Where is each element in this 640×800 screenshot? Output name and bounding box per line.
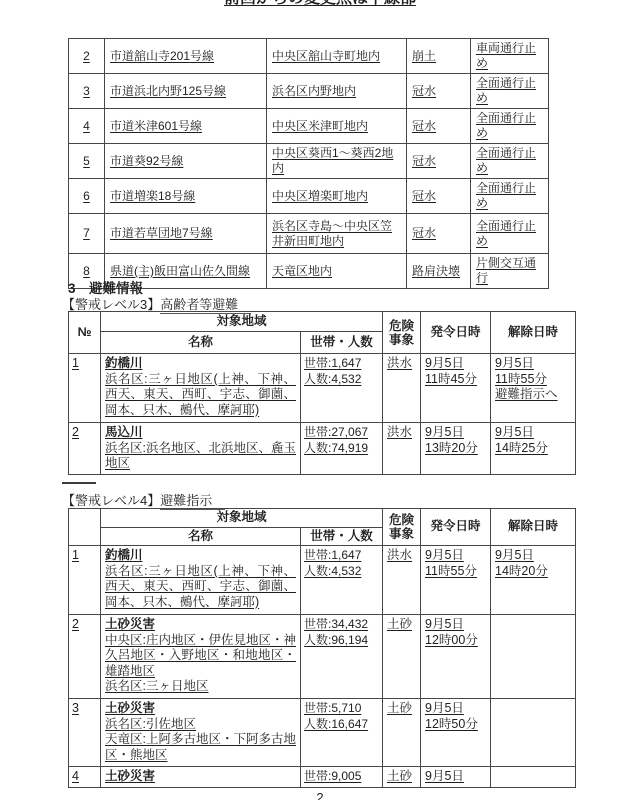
issued-cell: 9月5日 13時20分: [421, 423, 491, 475]
row-number-text: 1: [72, 356, 79, 370]
header-row: № 対象地域 危険 事象 発令日時 解除日時: [69, 312, 576, 332]
row-number-text: 2: [72, 617, 79, 631]
cause-cell: 路肩決壊: [407, 254, 471, 289]
road-name-text: 市道米津601号線: [110, 119, 202, 133]
page-number-clipped: 2: [0, 789, 640, 800]
restriction-cell: 全面通行止め: [471, 144, 549, 179]
disaster-type: 土砂災害: [105, 769, 296, 785]
road-name-cell: 市道増楽18号線: [105, 179, 267, 214]
households-cell: 世帯:5,710 人数:16,647: [301, 699, 383, 767]
location-text: 浜名区寺島〜中央区笠井新田町地内: [272, 219, 392, 248]
road-name-text: 市道増楽18号線: [110, 189, 195, 203]
river-name: 馬込川: [105, 425, 296, 441]
road-name-cell: 市道舘山寺201号線: [105, 39, 267, 74]
area-name-cell: 釣橋川 浜名区:三ヶ日地区(上神、下神、西天、東天、西町、宇志、御薗、岡本、只木…: [101, 354, 301, 423]
lifted-cell: 9月5日 14時25分: [491, 423, 576, 475]
header-name: 名称: [101, 332, 301, 354]
restriction-text: 全面通行止め: [476, 181, 536, 210]
row-number-text: 7: [83, 226, 90, 240]
lifted-text: 9月5日 14時25分: [495, 425, 548, 455]
row-number: 4: [69, 109, 105, 144]
row-number: 2: [69, 39, 105, 74]
table-row: 3 土砂災害 浜名区:引佐地区 天竜区:上阿多古地区・下阿多古地区・熊地区 世帯…: [69, 699, 576, 767]
location-cell: 天竜区地内: [267, 254, 407, 289]
row-number-text: 4: [83, 119, 90, 133]
hazard-text: 洪水: [387, 356, 412, 370]
header-no: [69, 509, 101, 546]
location-text: 中央区舘山寺町地内: [272, 49, 380, 63]
cause-cell: 崩土: [407, 39, 471, 74]
table-row: 2 市道舘山寺201号線 中央区舘山寺町地内 崩土 車両通行止め: [69, 39, 549, 74]
row-number: 1: [69, 354, 101, 423]
header-households: 世帯・人数: [301, 332, 383, 354]
restriction-text: 全面通行止め: [476, 76, 536, 105]
households-cell: 世帯:1,647 人数:4,532: [301, 354, 383, 423]
households-cell: 世帯:27,067 人数:74,919: [301, 423, 383, 475]
persons-text: 人数:96,194: [304, 633, 381, 649]
header-name: 名称: [101, 527, 301, 546]
table-row: 3 市道浜北内野125号線 浜名区内野地内 冠水 全面通行止め: [69, 74, 549, 109]
issued-cell: 9月5日 12時00分: [421, 615, 491, 699]
restriction-text: 車両通行止め: [476, 41, 536, 70]
page-number: 2: [316, 790, 323, 800]
location-text: 中央区米津町地内: [272, 119, 368, 133]
area-detail: 浜名区:三ヶ日地区(上神、下神、西天、東天、西町、宇志、御薗、岡本、只木、鵺代、…: [105, 564, 296, 611]
lifted-cell: [491, 699, 576, 767]
header-no: №: [69, 312, 101, 354]
area-detail: 浜名区:浜名地区、北浜地区、麁玉地区: [105, 441, 296, 472]
lifted-text: 9月5日 14時20分: [495, 548, 548, 578]
cause-text: 冠水: [412, 154, 436, 168]
level3-evacuation-table: № 対象地域 危険 事象 発令日時 解除日時 名称 世帯・人数 1 釣橋川 浜名…: [68, 311, 576, 475]
issued-cell: 9月5日 11時45分: [421, 354, 491, 423]
document-page: 前回からの変更点は下線部 2 市道舘山寺201号線 中央区舘山寺町地内 崩土 車…: [0, 0, 640, 800]
area-name-cell: 土砂災害 中央区:庄内地区・伊佐見地区・神久呂地区・入野地区・和地地区・雄踏地区…: [101, 615, 301, 699]
hazard-cell: 洪水: [383, 423, 421, 475]
cause-cell: 冠水: [407, 74, 471, 109]
hazard-cell: 洪水: [383, 546, 421, 615]
households-text: 世帯:27,067: [304, 425, 381, 441]
table-row: 1 釣橋川 浜名区:三ヶ日地区(上神、下神、西天、東天、西町、宇志、御薗、岡本、…: [69, 546, 576, 615]
location-cell: 中央区舘山寺町地内: [267, 39, 407, 74]
blank-underline-mark: [62, 482, 96, 484]
issued-text: 9月5日 12時00分: [425, 617, 478, 647]
area-name-cell: 馬込川 浜名区:浜名地区、北浜地区、麁玉地区: [101, 423, 301, 475]
row-number: 1: [69, 546, 101, 615]
restriction-cell: 全面通行止め: [471, 179, 549, 214]
persons-text: 人数:16,647: [304, 717, 381, 733]
households-cell: 世帯:9,005: [301, 767, 383, 788]
cause-cell: 冠水: [407, 109, 471, 144]
lifted-cell: 9月5日 14時20分: [491, 546, 576, 615]
cause-text: 崩土: [412, 49, 436, 63]
restriction-text: 片側交互通行: [476, 256, 536, 285]
row-number-text: 2: [83, 49, 90, 63]
area-detail: 中央区:庄内地区・伊佐見地区・神久呂地区・入野地区・和地地区・雄踏地区 浜名区:…: [105, 633, 296, 695]
row-number-text: 8: [83, 264, 90, 278]
hazard-cell: 洪水: [383, 354, 421, 423]
restriction-text: 全面通行止め: [476, 146, 536, 175]
table-row: 4 土砂災害 世帯:9,005 土砂 9月5日: [69, 767, 576, 788]
location-cell: 中央区増楽町地内: [267, 179, 407, 214]
households-text: 世帯:34,432: [304, 617, 381, 633]
row-number: 6: [69, 179, 105, 214]
restriction-cell: 全面通行止め: [471, 74, 549, 109]
households-text: 世帯:5,710: [304, 701, 381, 717]
level4-label: 【警戒レベル4】避難指示: [62, 490, 225, 509]
road-name-cell: 市道米津601号線: [105, 109, 267, 144]
row-number: 7: [69, 214, 105, 254]
hazard-text: 土砂: [387, 769, 412, 783]
issued-text: 9月5日 13時20分: [425, 425, 478, 455]
level4-label-prefix: 【警戒レベル4】: [62, 493, 160, 508]
header-lifted: 解除日時: [491, 312, 576, 354]
lifted-cell: 9月5日 11時55分 避難指示へ: [491, 354, 576, 423]
road-name-cell: 市道若草団地7号線: [105, 214, 267, 254]
area-detail: 浜名区:三ヶ日地区(上神、下神、西天、東天、西町、宇志、御薗、岡本、只木、鵺代、…: [105, 372, 296, 419]
households-text: 世帯:1,647: [304, 548, 381, 564]
row-number: 4: [69, 767, 101, 788]
issued-text: 9月5日 12時50分: [425, 701, 478, 731]
disaster-type: 土砂災害: [105, 701, 296, 717]
hazard-cell: 土砂: [383, 767, 421, 788]
cause-text: 冠水: [412, 189, 436, 203]
hazard-cell: 土砂: [383, 699, 421, 767]
households-text: 世帯:1,647: [304, 356, 381, 372]
level4-evacuation-table: 対象地域 危険 事象 発令日時 解除日時 名称 世帯・人数 1 釣橋川 浜名区:…: [68, 508, 576, 788]
level3-label-prefix: 【警戒レベル3】: [62, 297, 160, 312]
cause-cell: 冠水: [407, 214, 471, 254]
road-name-text: 県道(主)飯田富山佐久間線: [110, 264, 250, 278]
row-number: 3: [69, 74, 105, 109]
households-cell: 世帯:1,647 人数:4,532: [301, 546, 383, 615]
location-cell: 中央区葵西1〜葵西2地内: [267, 144, 407, 179]
row-number-text: 6: [83, 189, 90, 203]
river-name: 釣橋川: [105, 548, 296, 564]
header-hazard: 危険 事象: [383, 312, 421, 354]
table-row: 1 釣橋川 浜名区:三ヶ日地区(上神、下神、西天、東天、西町、宇志、御薗、岡本、…: [69, 354, 576, 423]
lifted-text: 9月5日 11時55分 避難指示へ: [495, 356, 558, 401]
road-name-text: 市道舘山寺201号線: [110, 49, 214, 63]
row-number: 3: [69, 699, 101, 767]
row-number-text: 2: [72, 425, 79, 439]
table-row: 5 市道葵92号線 中央区葵西1〜葵西2地内 冠水 全面通行止め: [69, 144, 549, 179]
row-number-text: 3: [72, 701, 79, 715]
hazard-text: 土砂: [387, 701, 412, 715]
cause-text: 路肩決壊: [412, 264, 460, 278]
households-text: 世帯:9,005: [304, 769, 381, 785]
row-number: 2: [69, 423, 101, 475]
area-detail: 浜名区:引佐地区 天竜区:上阿多古地区・下阿多古地区・熊地区: [105, 717, 296, 764]
issued-text: 9月5日: [425, 769, 464, 783]
hazard-text: 土砂: [387, 617, 412, 631]
area-name-cell: 土砂災害 浜名区:引佐地区 天竜区:上阿多古地区・下阿多古地区・熊地区: [101, 699, 301, 767]
persons-text: 人数:4,532: [304, 564, 381, 580]
location-text: 天竜区地内: [272, 264, 332, 278]
restriction-cell: 全面通行止め: [471, 109, 549, 144]
location-text: 中央区葵西1〜葵西2地内: [272, 146, 393, 175]
road-name-text: 市道若草団地7号線: [110, 226, 213, 240]
row-number: 2: [69, 615, 101, 699]
issued-cell: 9月5日 11時55分: [421, 546, 491, 615]
location-cell: 浜名区内野地内: [267, 74, 407, 109]
road-name-cell: 市道葵92号線: [105, 144, 267, 179]
restriction-text: 全面通行止め: [476, 219, 536, 248]
road-name-text: 市道浜北内野125号線: [110, 84, 226, 98]
hazard-text: 洪水: [387, 548, 412, 562]
restriction-text: 全面通行止め: [476, 111, 536, 140]
cause-text: 冠水: [412, 119, 436, 133]
header-row: 対象地域 危険 事象 発令日時 解除日時: [69, 509, 576, 528]
header-hazard: 危険 事象: [383, 509, 421, 546]
lifted-cell: [491, 615, 576, 699]
row-number: 5: [69, 144, 105, 179]
restriction-cell: 片側交互通行: [471, 254, 549, 289]
table-row: 2 馬込川 浜名区:浜名地区、北浜地区、麁玉地区 世帯:27,067 人数:74…: [69, 423, 576, 475]
row-number-text: 5: [83, 154, 90, 168]
row-number-text: 3: [83, 84, 90, 98]
disaster-type: 土砂災害: [105, 617, 296, 633]
issued-cell: 9月5日 12時50分: [421, 699, 491, 767]
hazard-cell: 土砂: [383, 615, 421, 699]
top-note-text: 前回からの変更点は下線部: [224, 0, 416, 8]
top-note-clipped: 前回からの変更点は下線部: [0, 0, 640, 9]
table-row: 4 市道米津601号線 中央区米津町地内 冠水 全面通行止め: [69, 109, 549, 144]
header-area: 対象地域: [101, 509, 383, 528]
row-number-text: 1: [72, 548, 79, 562]
cause-cell: 冠水: [407, 144, 471, 179]
cause-cell: 冠水: [407, 179, 471, 214]
road-damage-table: 2 市道舘山寺201号線 中央区舘山寺町地内 崩土 車両通行止め 3 市道浜北内…: [68, 38, 549, 289]
header-lifted: 解除日時: [491, 509, 576, 546]
location-cell: 浜名区寺島〜中央区笠井新田町地内: [267, 214, 407, 254]
road-name-cell: 市道浜北内野125号線: [105, 74, 267, 109]
restriction-cell: 全面通行止め: [471, 214, 549, 254]
households-cell: 世帯:34,432 人数:96,194: [301, 615, 383, 699]
location-cell: 中央区米津町地内: [267, 109, 407, 144]
area-name-cell: 土砂災害: [101, 767, 301, 788]
header-issued: 発令日時: [421, 312, 491, 354]
road-name-text: 市道葵92号線: [110, 154, 183, 168]
restriction-cell: 車両通行止め: [471, 39, 549, 74]
table-row: 6 市道増楽18号線 中央区増楽町地内 冠水 全面通行止め: [69, 179, 549, 214]
persons-text: 人数:4,532: [304, 372, 381, 388]
river-name: 釣橋川: [105, 356, 296, 372]
table-row: 2 土砂災害 中央区:庄内地区・伊佐見地区・神久呂地区・入野地区・和地地区・雄踏…: [69, 615, 576, 699]
hazard-text: 洪水: [387, 425, 412, 439]
header-households: 世帯・人数: [301, 527, 383, 546]
location-text: 浜名区内野地内: [272, 84, 356, 98]
area-name-cell: 釣橋川 浜名区:三ヶ日地区(上神、下神、西天、東天、西町、宇志、御薗、岡本、只木…: [101, 546, 301, 615]
lifted-cell: [491, 767, 576, 788]
table-row: 7 市道若草団地7号線 浜名区寺島〜中央区笠井新田町地内 冠水 全面通行止め: [69, 214, 549, 254]
persons-text: 人数:74,919: [304, 441, 381, 457]
issued-text: 9月5日 11時55分: [425, 548, 477, 578]
cause-text: 冠水: [412, 226, 436, 240]
header-area: 対象地域: [101, 312, 383, 332]
issued-cell: 9月5日: [421, 767, 491, 788]
cause-text: 冠水: [412, 84, 436, 98]
header-issued: 発令日時: [421, 509, 491, 546]
row-number-text: 4: [72, 769, 79, 783]
location-text: 中央区増楽町地内: [272, 189, 368, 203]
issued-text: 9月5日 11時45分: [425, 356, 477, 386]
